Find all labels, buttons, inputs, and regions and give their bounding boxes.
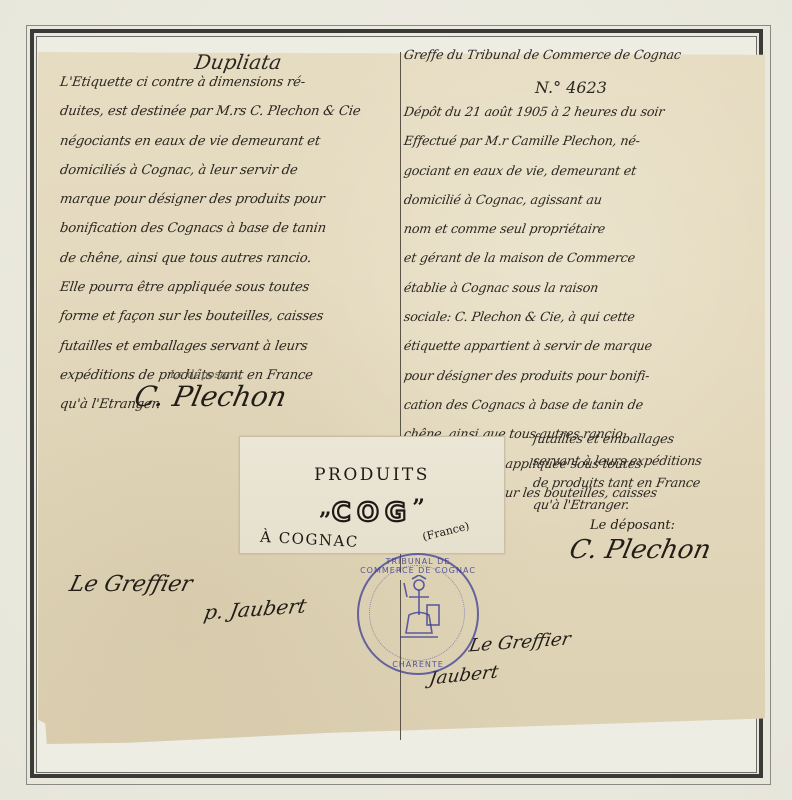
stamp-bottom-text: CHARENTE bbox=[359, 660, 477, 669]
left-line: futailles et emballages servant à leurs bbox=[58, 332, 362, 361]
left-text-block: L'Etiquette ci contre à dimensions ré- d… bbox=[60, 68, 360, 420]
right-line: et gérant de la maison de Commerce bbox=[402, 243, 666, 272]
left-depositant-signature: C. Plechon bbox=[131, 380, 289, 413]
right-line: sociale: C. Plechon & Cie, à qui cette bbox=[402, 302, 666, 331]
right-line: établie à Cognac sous la raison bbox=[402, 273, 666, 302]
label-open-quote: „ bbox=[319, 495, 332, 521]
left-line: marque pour désigner des produits pour bbox=[58, 185, 362, 214]
cog-product-label: PRODUITS „COG” À COGNAC (France) bbox=[239, 436, 505, 554]
right-depositant-label: Le déposant: bbox=[590, 518, 675, 533]
right-line: de produits tant en France bbox=[531, 472, 703, 494]
right-line: Effectué par M.r Camille Plechon, né- bbox=[402, 126, 666, 155]
left-line: domiciliés à Cognac, à leur servir de bbox=[58, 156, 362, 185]
right-header: Greffe du Tribunal de Commerce de Cognac bbox=[404, 40, 681, 69]
left-line: L'Etiquette ci contre à dimensions ré- bbox=[58, 68, 362, 97]
right-line: pour désigner des produits pour bonifi- bbox=[402, 361, 666, 390]
left-line: forme et façon sur les bouteilles, caiss… bbox=[58, 302, 362, 331]
seated-figure-icon bbox=[394, 575, 444, 645]
right-line: qu'à l'Etranger. bbox=[531, 494, 703, 516]
right-line: domicilié à Cognac, agissant au bbox=[402, 185, 666, 214]
right-line: servant à leurs expéditions bbox=[531, 450, 703, 472]
right-header-text: Greffe du Tribunal de Commerce de Cognac bbox=[402, 40, 683, 69]
tribunal-stamp: TRIBUNAL DE COMMERCE DE COGNAC CHARENTE bbox=[357, 553, 479, 675]
right-line: gociant en eaux de vie, demeurant et bbox=[402, 156, 666, 185]
label-close-quote: ” bbox=[412, 495, 425, 521]
right-depositant-signature: C. Plechon bbox=[567, 535, 714, 565]
label-produits-text: PRODUITS bbox=[240, 465, 504, 485]
left-greffier-label: Le Greffier bbox=[67, 572, 195, 597]
left-line: de chêne, ainsi que tous autres rancio. bbox=[58, 244, 362, 273]
right-line: Dépôt du 21 août 1905 à 2 heures du soir bbox=[402, 97, 666, 126]
left-line: Elle pourra être appliquée sous toutes bbox=[58, 273, 362, 302]
right-text-block-lower: futailles et emballages servant à leurs … bbox=[533, 428, 702, 516]
right-line: nom et comme seul propriétaire bbox=[402, 214, 666, 243]
left-line: duites, est destinée par M.rs C. Plechon… bbox=[58, 97, 362, 126]
label-brand-text: COG bbox=[332, 498, 413, 528]
left-line: négociants en eaux de vie demeurant et bbox=[58, 127, 362, 156]
registration-number: N.° 4623 bbox=[535, 78, 607, 97]
left-line: bonification des Cognacs à base de tanin bbox=[58, 214, 362, 243]
right-line: cation des Cognacs à base de tanin de bbox=[402, 390, 666, 419]
right-line: futailles et emballages bbox=[531, 428, 703, 450]
right-line: étiquette appartient à servir de marque bbox=[402, 331, 666, 360]
stamp-top-text: TRIBUNAL DE COMMERCE DE COGNAC bbox=[359, 557, 477, 575]
